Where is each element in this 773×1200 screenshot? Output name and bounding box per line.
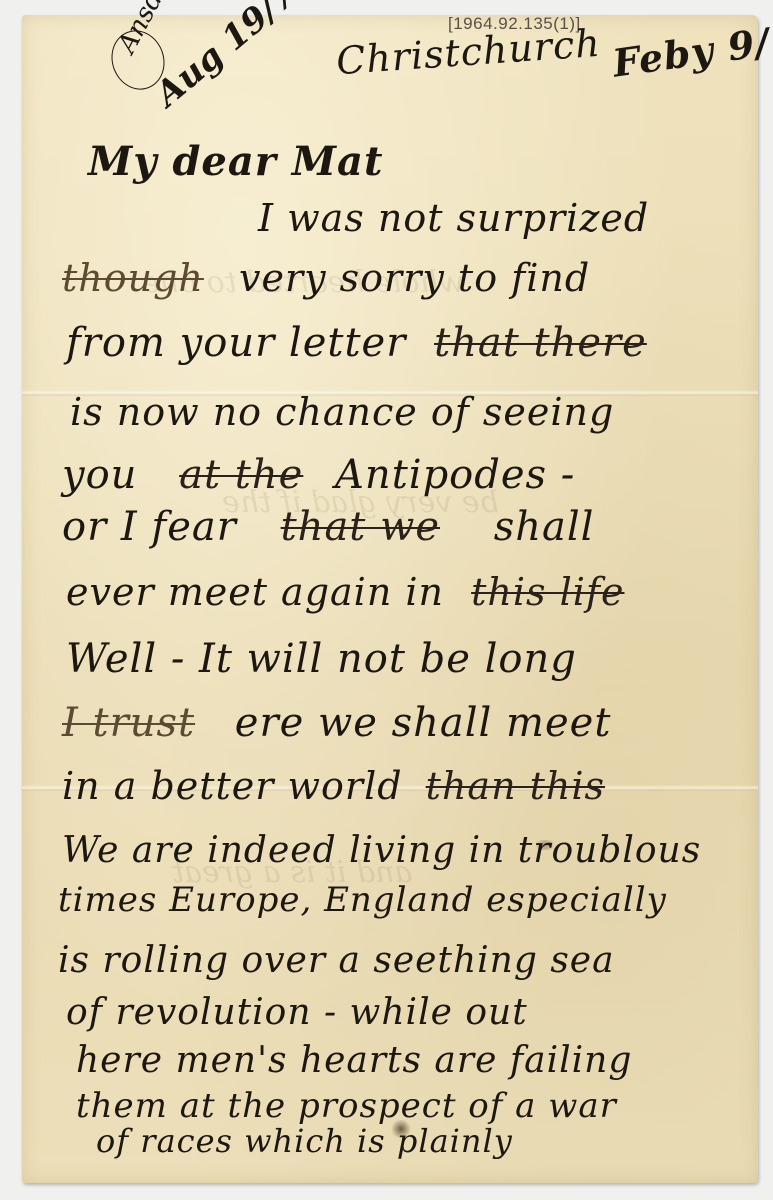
line-text: times Europe, England especially	[58, 880, 667, 920]
letter-line-4: is now no chance of seeing	[70, 390, 614, 434]
letter-line-8: Well - It will not be long	[66, 636, 577, 682]
letter-line-6: or I fear that we shall	[62, 504, 594, 550]
letter-line-11: We are indeed living in troublous	[62, 830, 701, 871]
letter-line-12: times Europe, England especially	[58, 880, 667, 920]
struck-word: this life	[471, 570, 624, 614]
letter-line-3: from your letter that there	[66, 320, 647, 366]
line-text: is rolling over a seething sea	[58, 940, 615, 981]
line-text: Well - It will not be long	[66, 636, 577, 682]
line-text: ere we shall meet	[235, 700, 612, 746]
line-text: in a better world	[62, 764, 403, 808]
letter-line-15: here men's hearts are failing	[76, 1040, 632, 1081]
line-text: ever meet again in	[66, 570, 444, 614]
line-text: or I fear	[62, 504, 237, 550]
line-text: very sorry to find	[239, 256, 590, 300]
line-text: of races which is plainly	[96, 1122, 513, 1160]
struck-word: that we	[281, 504, 440, 550]
line-text: here men's hearts are failing	[76, 1040, 632, 1081]
salutation: My dear Mat	[88, 138, 383, 185]
line-text: you	[62, 452, 137, 498]
struck-word: that there	[434, 320, 647, 366]
letter-line-14: of revolution - while out	[66, 992, 528, 1033]
line-text: from your letter	[66, 320, 406, 366]
line-text: shall	[494, 504, 595, 550]
line-text: them at the prospect of a war	[76, 1086, 617, 1126]
struck-word: I trust	[62, 700, 195, 746]
struck-word: than this	[426, 764, 605, 808]
struck-word: though	[62, 256, 204, 300]
line-text: We are indeed living in troublous	[62, 830, 701, 871]
letter-line-16: them at the prospect of a war	[76, 1086, 617, 1126]
scanned-letter: whole hearted to one be very glad if the…	[0, 0, 773, 1200]
letter-line-2: though very sorry to find	[62, 256, 590, 300]
letter-line-1: I was not surprized	[258, 196, 649, 240]
line-text: I was not surprized	[258, 196, 649, 240]
letter-line-17: of races which is plainly	[96, 1122, 513, 1160]
letter-line-13: is rolling over a seething sea	[58, 940, 615, 981]
letter-line-5: you at the Antipodes -	[62, 452, 575, 498]
struck-word: at the	[179, 452, 303, 498]
letter-line-7: ever meet again in this life	[66, 570, 624, 614]
letter-line-10: in a better world than this	[62, 764, 605, 808]
line-text: of revolution - while out	[66, 992, 528, 1033]
line-text: Antipodes -	[335, 452, 575, 498]
line-text: is now no chance of seeing	[70, 390, 614, 434]
letter-line-9: I trust ere we shall meet	[62, 700, 611, 746]
